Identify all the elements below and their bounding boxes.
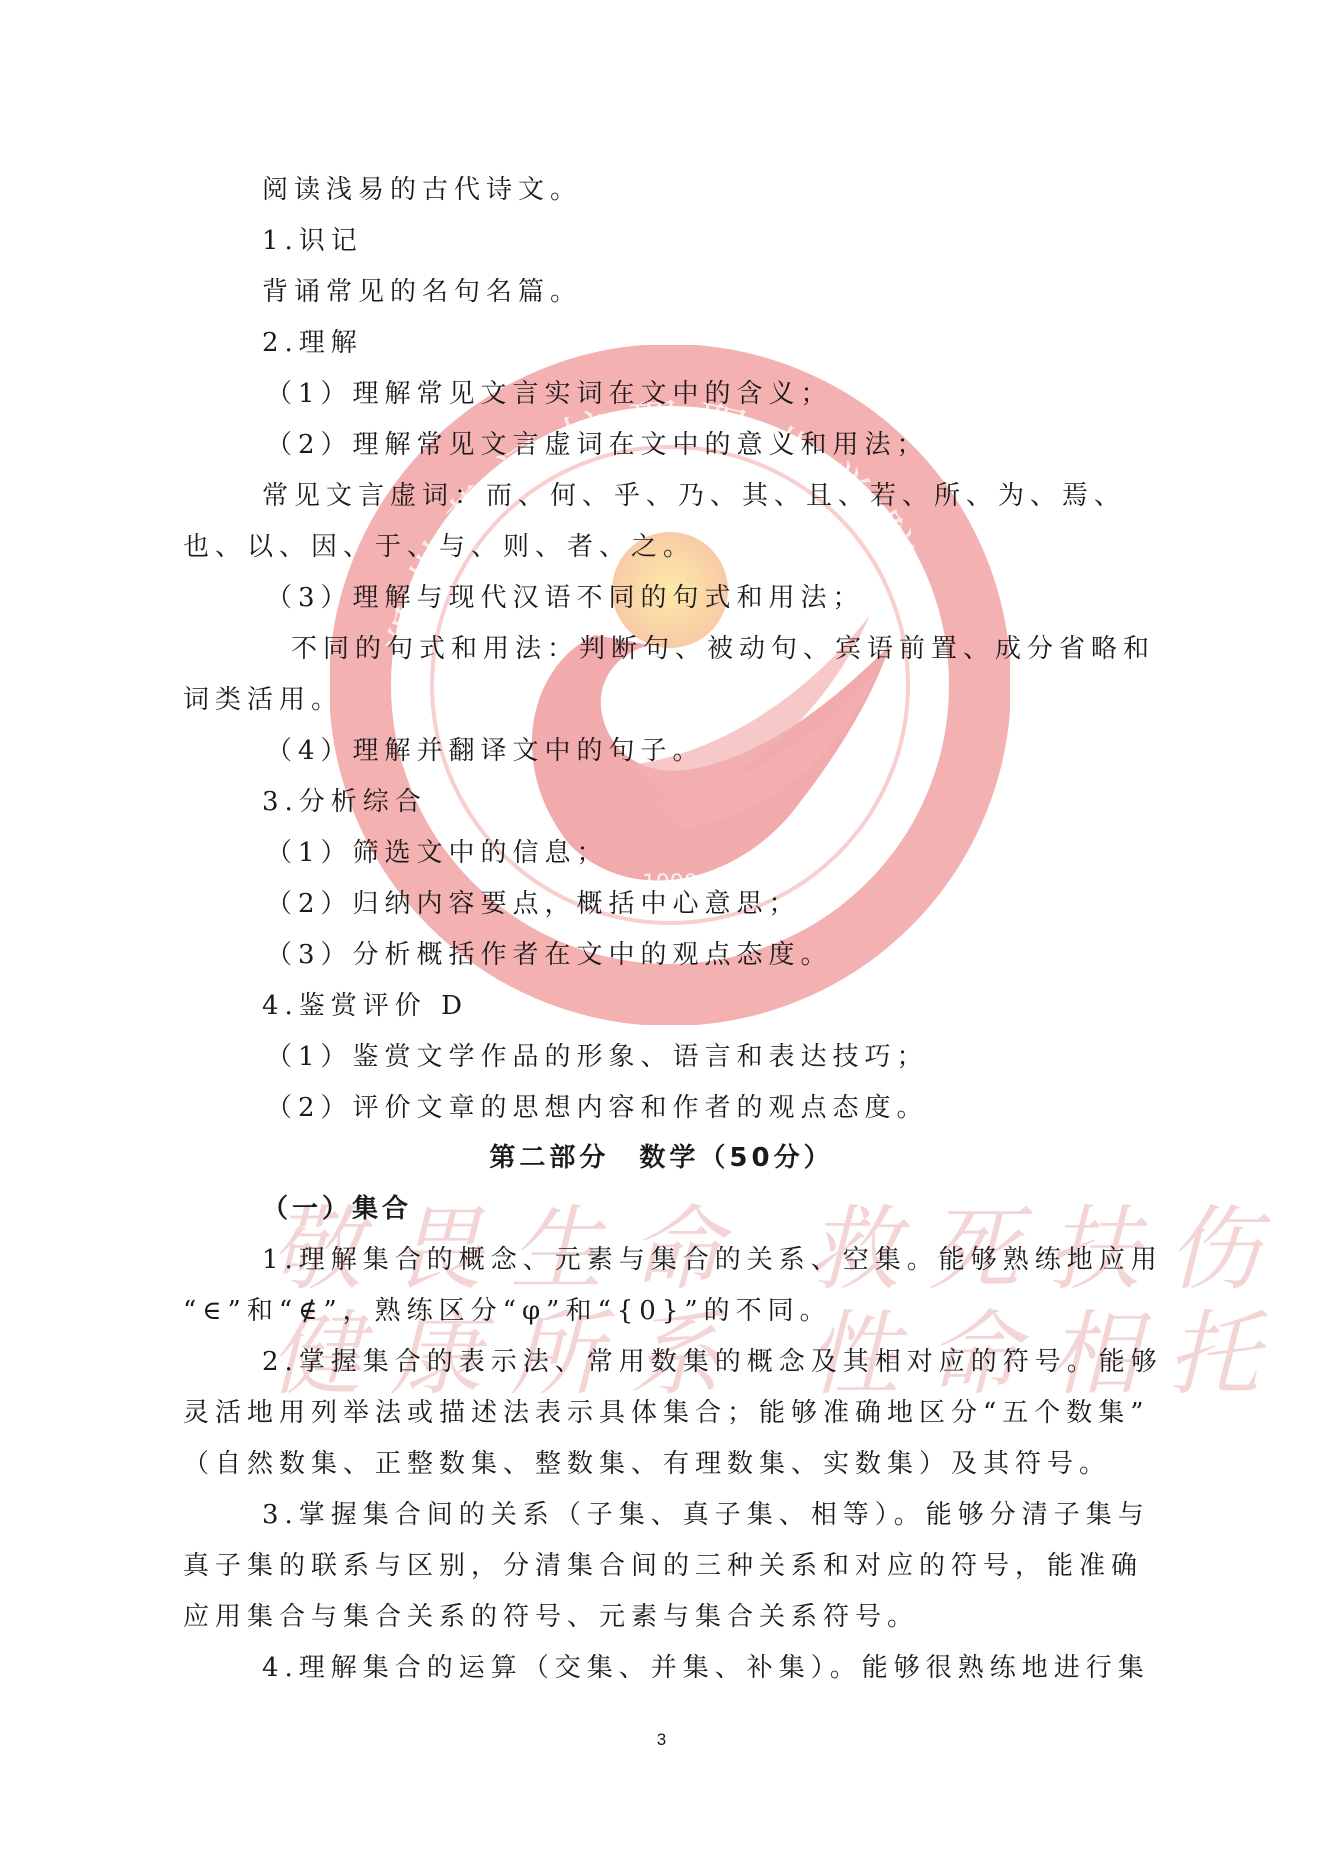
list-item: （3）理解与现代汉语不同的句式和用法； <box>266 573 865 624</box>
list-item: （2）理解常见文言虚词在文中的意义和用法； <box>266 420 929 471</box>
list-item: （2）归纳内容要点，概括中心意思； <box>266 879 801 930</box>
paragraph-line: 常见文言虚词：而、何、乎、乃、其、且、若、所、为、焉、 <box>262 471 1126 522</box>
heading-appreciation: 4.鉴赏评价 D <box>262 981 468 1032</box>
list-item: （1）筛选文中的信息； <box>266 828 609 879</box>
paragraph-line: “∈”和“∉”，熟练区分“φ”和“{0}”的不同。 <box>183 1286 832 1337</box>
paragraph-line: （自然数集、正整数集、整数集、有理数集、实数集）及其符号。 <box>183 1439 1111 1490</box>
heading-recall: 1.识记 <box>262 216 363 267</box>
paragraph-line: 阅读浅易的古代诗文。 <box>262 165 582 216</box>
paragraph-line: 也、以、因、于、与、则、者、之。 <box>183 522 695 573</box>
paragraph-line: 应用集合与集合关系的符号、元素与集合关系符号。 <box>183 1592 919 1643</box>
document-page: 郑州黄河护理职业学院 ZHENGZHOU YELLOW RIVER NURSIN… <box>0 0 1323 1871</box>
paragraph-line: 词类活用。 <box>183 675 343 726</box>
list-item: （1）鉴赏文学作品的形象、语言和表达技巧； <box>266 1032 929 1083</box>
paragraph-line: 不同的句式和用法：判断句、被动句、宾语前置、成分省略和 <box>291 624 1155 675</box>
paragraph-line: 3.掌握集合间的关系（子集、真子集、相等）。能够分清子集与 <box>262 1490 1150 1541</box>
heading-understand: 2.理解 <box>262 318 363 369</box>
list-item: （1）理解常见文言实词在文中的含义； <box>266 369 833 420</box>
paragraph-line: 1.理解集合的概念、元素与集合的关系、空集。能够熟练地应用 <box>262 1235 1163 1286</box>
list-item: （3）分析概括作者在文中的观点态度。 <box>266 930 833 981</box>
heading-analysis: 3.分析综合 <box>262 777 427 828</box>
subsection-title: （一）集合 <box>262 1184 412 1235</box>
section-title: 第二部分 数学（50分） <box>0 1133 1323 1184</box>
paragraph-line: 4.理解集合的运算（交集、并集、补集）。能够很熟练地进行集 <box>262 1643 1150 1694</box>
list-item: （4）理解并翻译文中的句子。 <box>266 726 705 777</box>
paragraph-line: 背诵常见的名句名篇。 <box>262 267 582 318</box>
paragraph-line: 2.掌握集合的表示法、常用数集的概念及其相对应的符号。能够 <box>262 1337 1163 1388</box>
paragraph-line: 真子集的联系与区别，分清集合间的三种关系和对应的符号，能准确 <box>183 1541 1143 1592</box>
page-number: 3 <box>0 1730 1323 1750</box>
list-item: （2）评价文章的思想内容和作者的观点态度。 <box>266 1083 929 1134</box>
paragraph-line: 灵活地用列举法或描述法表示具体集合；能够准确地区分“五个数集” <box>183 1388 1150 1439</box>
